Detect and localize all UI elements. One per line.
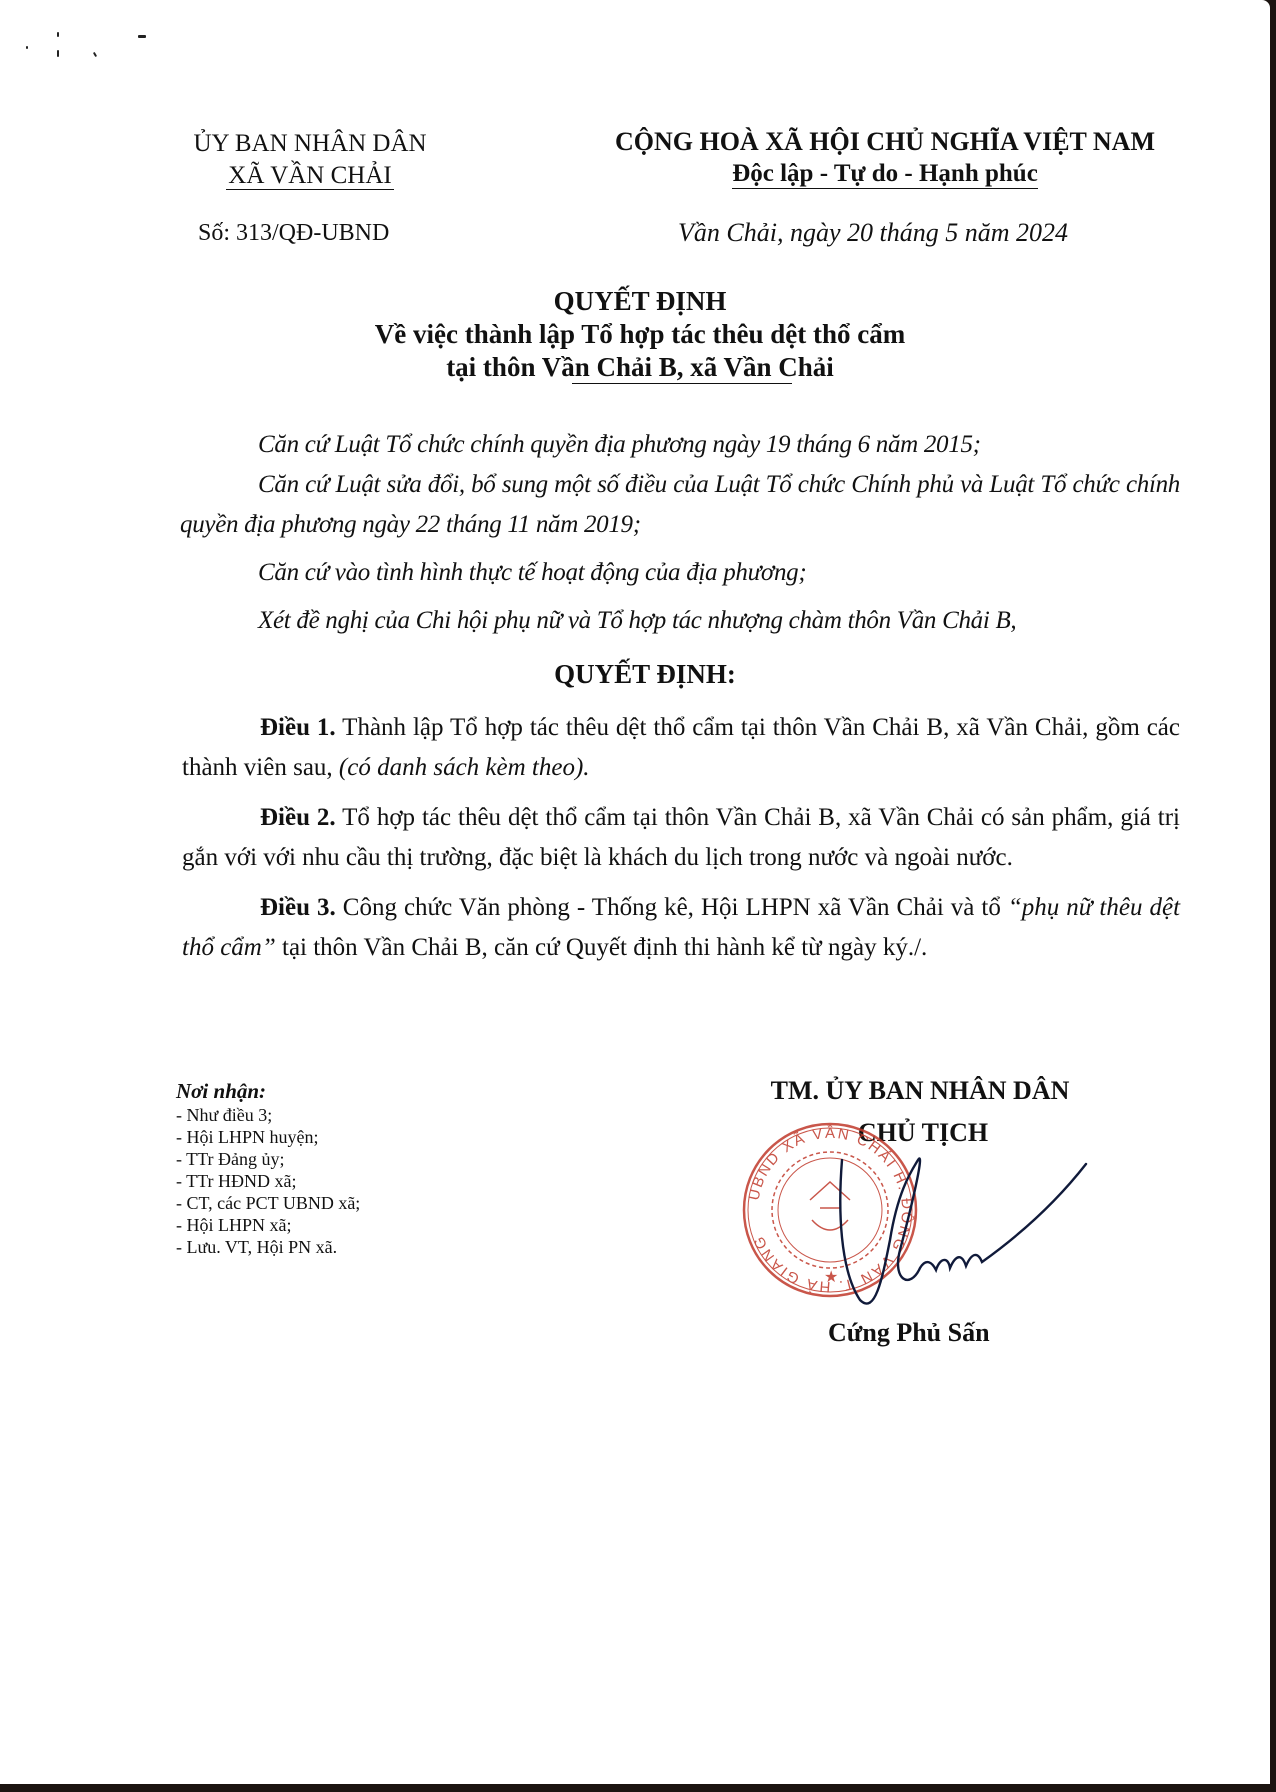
preamble: Căn cứ Luật Tổ chức chính quyền địa phươ…: [180, 425, 1180, 641]
article-3-text-after: tại thôn Vần Chải B, căn cứ Quyết định t…: [276, 934, 928, 961]
recipients-list: - Như điều 3;- Hội LHPN huyện;- TTr Đảng…: [176, 1104, 436, 1258]
national-title-block: CỘNG HOÀ XÃ HỘI CHỦ NGHĨA VIỆT NAM Độc l…: [560, 126, 1210, 190]
issuer-line2-wrap: XÃ VẦN CHẢI: [160, 160, 460, 192]
preamble-item: Xét đề nghị của Chi hội phụ nữ và Tổ hợp…: [180, 601, 1180, 641]
recipient-item: - Hội LHPN xã;: [176, 1214, 436, 1236]
article-3-label: Điều 3.: [260, 894, 336, 921]
preamble-item: Căn cứ Luật Tổ chức chính quyền địa phươ…: [180, 425, 1180, 465]
article-2: Điều 2. Tổ hợp tác thêu dệt thổ cẩm tại …: [182, 798, 1180, 878]
recipient-item: - TTr Đảng ủy;: [176, 1148, 436, 1170]
motto: Độc lập - Tự do - Hạnh phúc: [732, 160, 1038, 189]
signer-name: Cứng Phủ Sấn: [828, 1318, 990, 1348]
article-1: Điều 1. Thành lập Tổ hợp tác thêu dệt th…: [182, 708, 1180, 788]
doc-type-heading: QUYẾT ĐỊNH: [270, 285, 1010, 318]
signature-on-behalf: TM. ỦY BAN NHÂN DÂN: [740, 1070, 1100, 1112]
preamble-item: Căn cứ vào tình hình thực tế hoạt động c…: [180, 553, 1180, 593]
issuer-line1: ỦY BAN NHÂN DÂN: [160, 128, 460, 160]
recipient-item: - TTr HĐND xã;: [176, 1170, 436, 1192]
title-block: QUYẾT ĐỊNH Về việc thành lập Tổ hợp tác …: [270, 285, 1010, 384]
recipients-block: Nơi nhận: - Như điều 3;- Hội LHPN huyện;…: [176, 1078, 436, 1258]
place-date: Vần Chải, ngày 20 tháng 5 năm 2024: [678, 218, 1068, 248]
article-3-text: Công chức Văn phòng - Thống kê, Hội LHPN…: [336, 894, 1008, 921]
subject-line2-wrap: tại thôn Vần Chải B, xã Vần Chải: [270, 351, 1010, 384]
motto-wrap: Độc lập - Tự do - Hạnh phúc: [560, 158, 1210, 190]
recipient-item: - Hội LHPN huyện;: [176, 1126, 436, 1148]
subject-line2: tại thôn Vần Chải B, xã Vần Chải: [446, 352, 834, 382]
recipient-item: - Lưu. VT, Hội PN xã.: [176, 1236, 436, 1258]
issuer-line2: XÃ VẦN CHẢI: [226, 162, 393, 190]
recipient-item: - CT, các PCT UBND xã;: [176, 1192, 436, 1214]
document-page: ỦY BAN NHÂN DÂN XÃ VẦN CHẢI Số: 313/QĐ-U…: [0, 0, 1270, 1784]
subject-underline: [572, 383, 792, 384]
recipients-heading: Nơi nhận:: [176, 1078, 436, 1104]
recipient-item: - Như điều 3;: [176, 1104, 436, 1126]
article-1-label: Điều 1.: [260, 714, 336, 741]
article-2-label: Điều 2.: [260, 804, 336, 831]
articles: Điều 1. Thành lập Tổ hợp tác thêu dệt th…: [182, 708, 1180, 968]
subject-line1: Về việc thành lập Tổ hợp tác thêu dệt th…: [270, 318, 1010, 351]
national-title: CỘNG HOÀ XÃ HỘI CHỦ NGHĨA VIỆT NAM: [560, 126, 1210, 158]
preamble-item: Căn cứ Luật sửa đổi, bổ sung một số điều…: [180, 465, 1180, 545]
issuer-block: ỦY BAN NHÂN DÂN XÃ VẦN CHẢI: [160, 128, 460, 192]
article-3: Điều 3. Công chức Văn phòng - Thống kê, …: [182, 888, 1180, 968]
decision-heading: QUYẾT ĐỊNH:: [500, 659, 790, 690]
article-1-note: (có danh sách kèm theo).: [339, 754, 590, 781]
handwritten-signature-icon: [820, 1150, 1100, 1320]
doc-number: Số: 313/QĐ-UBND: [198, 220, 389, 247]
